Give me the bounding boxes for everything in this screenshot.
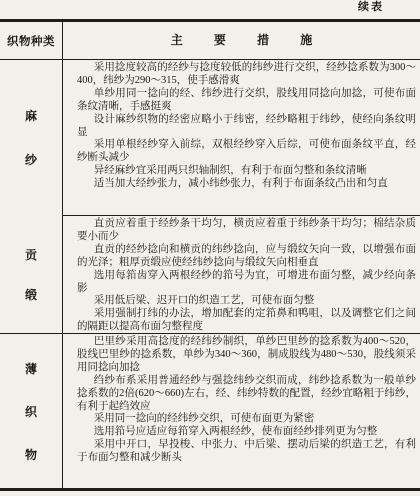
measure-item: 巴里纱采用高捻度的经纬纱制织，单纱巴里纱的捻系数为400～520，股线巴里纱的捻…	[77, 336, 416, 375]
measures-cell: 巴里纱采用高捻度的经纬纱制织，单纱巴里纱的捻系数为400～520，股线巴里纱的捻…	[63, 334, 420, 488]
fabric-row-baozhiwu: 薄 织 物 巴里纱采用高捻度的经纬纱制织，单纱巴里纱的捻系数为400～520，股…	[0, 333, 420, 488]
fabric-type-char: 纱	[25, 151, 37, 168]
scanned-page: 续表 织物种类 主要措施 麻 纱 采用捻度较高的经纱与捻度较低的纬纱进行交织，经…	[0, 0, 420, 496]
measure-item: 采用中开口，早投梭、中张力、中后梁、摆动后梁的织造工艺，有利于布面匀整和减少断头	[77, 439, 416, 465]
measure-item: 直贡的经纱捻向和横贡的纬纱捻向，应与缎纹矢向一致，以增强布面的光泽；粗厚贡缎应使…	[77, 244, 416, 270]
fabric-row-masha: 麻 纱 采用捻度较高的经纱与捻度较低的纬纱进行交织，经纱捻系数为300～400，…	[0, 60, 420, 215]
measure-item: 采用单根经纱穿入前综，双根经纱穿入后综，可使布面条纹平直，经纱断头减少	[77, 139, 416, 165]
col-header-fabric-type: 织物种类	[0, 22, 63, 59]
measure-item: 采用同一捻向的经纬纱交织，可使布面更为紧密	[77, 413, 416, 426]
table-header-row: 织物种类 主要措施	[0, 22, 420, 60]
col-header-measures-label: 主要措施	[171, 34, 344, 47]
measures-cell: 采用捻度较高的经纱与捻度较低的纬纱进行交织，经纱捻系数为300～400，纬纱为2…	[63, 60, 420, 215]
measure-item: 绉纱布系采用普通经纱与强捻纬纱交织而成，纬纱捻系数为一般单纱捻系数的2倍(620…	[77, 375, 416, 414]
measure-item: 单纱用同一捻向的经、纬纱进行交织，股线用同捻向加捻，可使布面条纹清晰，手感挺爽	[77, 88, 416, 114]
fabric-type-char: 麻	[25, 107, 37, 124]
fabric-type-char: 贡	[25, 246, 37, 263]
measure-item: 直贡应着重于经纱条干均匀，横贡应着重于纬纱条干均匀；棉结杂质要小而少	[77, 218, 416, 244]
fabric-type-char: 薄	[25, 360, 37, 377]
measure-item: 异经麻纱宜采用两只织轴制织，有利于布面匀整和条纹清晰	[77, 165, 416, 178]
measure-item: 采用捻度较高的经纱与捻度较低的纬纱进行交织，经纱捻系数为300～400，纬纱为2…	[77, 62, 416, 88]
measures-cell: 直贡应着重于经纱条干均匀，横贡应着重于纬纱条干均匀；棉结杂质要小而少 直贡的经纱…	[63, 215, 420, 333]
measure-item: 选用筘号应适应每筘穿入两根经纱，使布面经纱排列更为匀整	[77, 426, 416, 439]
measure-item: 设计麻纱织物的经密应略小于纬密，经纱略粗于纬纱，使经向条纹明显	[77, 114, 416, 140]
fabric-type-cell: 贡 缎	[0, 215, 63, 333]
fabric-type-char: 织	[25, 403, 37, 420]
fabric-type-cell: 麻 纱	[0, 60, 63, 215]
measure-item: 选用每筘齿穿入两根经纱的筘号为宜，可增进布面匀整，减少经向条影	[77, 270, 416, 296]
measure-item: 采用强制打纬的办法，增加配套的定筘鼻和鸭咀，以及调整它们之间的隔距以提高布面匀整…	[77, 308, 416, 333]
col-header-measures: 主要措施	[63, 22, 420, 59]
measure-item: 适当加大经纱张力，减小纬纱张力，有利于布面条纹凸出和匀直	[77, 178, 416, 191]
measures-table: 织物种类 主要措施 麻 纱 采用捻度较高的经纱与捻度较低的纬纱进行交织，经纱捻系…	[0, 19, 420, 491]
fabric-type-char: 物	[25, 446, 37, 463]
measure-item: 采用低后梁、迟开口的织造工艺，可使布面匀整	[77, 295, 416, 308]
fabric-row-gongduan: 贡 缎 直贡应着重于经纱条干均匀，横贡应着重于纬纱条干均匀；棉结杂质要小而少 直…	[0, 215, 420, 333]
fabric-type-cell: 薄 织 物	[0, 334, 63, 488]
continuation-note: 续表	[0, 0, 420, 19]
fabric-type-char: 缎	[25, 286, 37, 303]
